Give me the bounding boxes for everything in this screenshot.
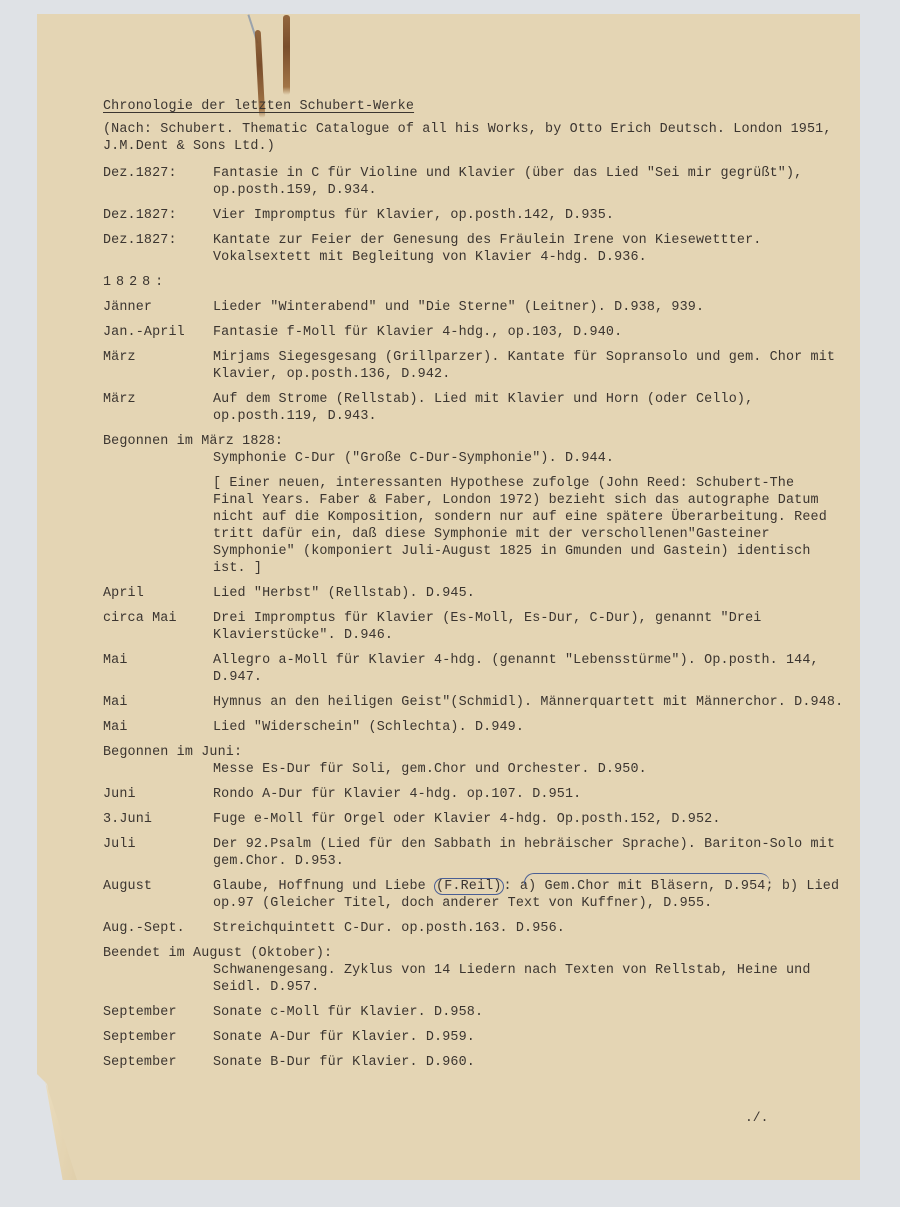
entry-text: Vier Impromptus für Klavier, op.posth.14… (213, 207, 863, 224)
entry-date: circa Mai (103, 610, 213, 644)
entry-august: August Glaube, Hoffnung und Liebe (F.Rei… (103, 878, 863, 912)
entry-date: März (103, 349, 213, 383)
entry-date: April (103, 585, 213, 602)
chronology-entry: JännerLieder "Winterabend" und "Die Ster… (103, 299, 863, 316)
reed-hypothesis-note: [ Einer neuen, interessanten Hypothese z… (213, 475, 863, 577)
chronology-entry: circa MaiDrei Impromptus für Klavier (Es… (103, 610, 863, 644)
entry-text: Fuge e-Moll für Orgel oder Klavier 4-hdg… (213, 811, 863, 828)
entry-date: August (103, 878, 213, 912)
begun-march-label: Begonnen im März 1828: (103, 433, 863, 450)
chronology-entry: JuniRondo A-Dur für Klavier 4-hdg. op.10… (103, 786, 863, 803)
entry-text: Sonate B-Dur für Klavier. D.960. (213, 1054, 863, 1071)
entry-date: September (103, 1054, 213, 1071)
chronology-entry: Dez.1827:Kantate zur Feier der Genesung … (103, 232, 863, 266)
entry-date: September (103, 1029, 213, 1046)
chronology-entry: AprilLied "Herbst" (Rellstab). D.945. (103, 585, 863, 602)
entry-date: Juni (103, 786, 213, 803)
entry-text: Kantate zur Feier der Genesung des Fräul… (213, 232, 863, 266)
rust-stain (283, 15, 290, 95)
document-body: Chronologie der letzten Schubert-Werke (… (103, 98, 863, 1079)
entry-text: Sonate c-Moll für Klavier. D.958. (213, 1004, 863, 1021)
source-citation: (Nach: Schubert. Thematic Catalogue of a… (103, 121, 863, 155)
chronology-entry: Dez.1827:Vier Impromptus für Klavier, op… (103, 207, 863, 224)
begun-june-work: Messe Es-Dur für Soli, gem.Chor und Orch… (213, 761, 863, 778)
entries-1828-a: JännerLieder "Winterabend" und "Die Ster… (103, 299, 863, 425)
pen-circled-author: (F.Reil) (434, 878, 504, 895)
chronology-entry: SeptemberSonate A-Dur für Klavier. D.959… (103, 1029, 863, 1046)
begun-june-label: Begonnen im Juni: (103, 744, 863, 761)
entry-date: 3.Juni (103, 811, 213, 828)
entry-date: Mai (103, 652, 213, 686)
entry-text: Sonate A-Dur für Klavier. D.959. (213, 1029, 863, 1046)
chronology-entry: MärzAuf dem Strome (Rellstab). Lied mit … (103, 391, 863, 425)
entry-text: Der 92.Psalm (Lied für den Sabbath in he… (213, 836, 863, 870)
chronology-entry: MärzMirjams Siegesgesang (Grillparzer). … (103, 349, 863, 383)
entry-text: Lieder "Winterabend" und "Die Sterne" (L… (213, 299, 863, 316)
entries-1828-e: SeptemberSonate c-Moll für Klavier. D.95… (103, 1004, 863, 1071)
entry-text: Hymnus an den heiligen Geist"(Schmidl). … (213, 694, 863, 711)
entries-1828-c: JuniRondo A-Dur für Klavier 4-hdg. op.10… (103, 786, 863, 870)
entry-text: Auf dem Strome (Rellstab). Lied mit Klav… (213, 391, 863, 425)
entry-date: Mai (103, 719, 213, 736)
document-title: Chronologie der letzten Schubert-Werke (103, 98, 863, 115)
entry-date: Juli (103, 836, 213, 870)
entry-text: Fantasie in C für Violine und Klavier (ü… (213, 165, 863, 199)
entry-text: Mirjams Siegesgesang (Grillparzer). Kant… (213, 349, 863, 383)
schwanengesang-work: Schwanengesang. Zyklus von 14 Liedern na… (213, 962, 863, 996)
entry-date: Aug.-Sept. (103, 920, 213, 937)
entry-date: Jan.-April (103, 324, 213, 341)
entries-1828-b: AprilLied "Herbst" (Rellstab). D.945.cir… (103, 585, 863, 736)
finished-august-label: Beendet im August (Oktober): (103, 945, 863, 962)
entry-text: Rondo A-Dur für Klavier 4-hdg. op.107. D… (213, 786, 863, 803)
chronology-entry: MaiHymnus an den heiligen Geist"(Schmidl… (103, 694, 863, 711)
entry-text: Drei Impromptus für Klavier (Es-Moll, Es… (213, 610, 863, 644)
entries-1828-d: Aug.-Sept.Streichquintett C-Dur. op.post… (103, 920, 863, 937)
entry-date: Jänner (103, 299, 213, 316)
chronology-entry: 3.JuniFuge e-Moll für Orgel oder Klavier… (103, 811, 863, 828)
chronology-entry: JuliDer 92.Psalm (Lied für den Sabbath i… (103, 836, 863, 870)
entry-text: Lied "Widerschein" (Schlechta). D.949. (213, 719, 863, 736)
chronology-entry: SeptemberSonate B-Dur für Klavier. D.960… (103, 1054, 863, 1071)
chronology-entry: MaiAllegro a-Moll für Klavier 4-hdg. (ge… (103, 652, 863, 686)
entry-text: Lied "Herbst" (Rellstab). D.945. (213, 585, 863, 602)
entry-date: September (103, 1004, 213, 1021)
chronology-entry: SeptemberSonate c-Moll für Klavier. D.95… (103, 1004, 863, 1021)
chronology-entry: Jan.-AprilFantasie f-Moll für Klavier 4-… (103, 324, 863, 341)
chronology-entry: Aug.-Sept.Streichquintett C-Dur. op.post… (103, 920, 863, 937)
continuation-mark: ./. (745, 1110, 768, 1125)
entry-date: Dez.1827: (103, 165, 213, 199)
pen-arrow-annotation (524, 873, 770, 884)
entry-date: März (103, 391, 213, 425)
entry-text: Streichquintett C-Dur. op.posth.163. D.9… (213, 920, 863, 937)
entry-date: Dez.1827: (103, 232, 213, 266)
entries-1827: Dez.1827:Fantasie in C für Violine und K… (103, 165, 863, 266)
entry-text: Fantasie f-Moll für Klavier 4-hdg., op.1… (213, 324, 863, 341)
year-heading: 1828: (103, 274, 863, 291)
chronology-entry: Dez.1827:Fantasie in C für Violine und K… (103, 165, 863, 199)
chronology-entry: MaiLied "Widerschein" (Schlechta). D.949… (103, 719, 863, 736)
entry-text-before: Glaube, Hoffnung und Liebe (213, 879, 434, 894)
begun-march-work: Symphonie C-Dur ("Große C-Dur-Symphonie"… (213, 450, 863, 467)
entry-date: Dez.1827: (103, 207, 213, 224)
entry-date: Mai (103, 694, 213, 711)
entry-text: Allegro a-Moll für Klavier 4-hdg. (genan… (213, 652, 863, 686)
